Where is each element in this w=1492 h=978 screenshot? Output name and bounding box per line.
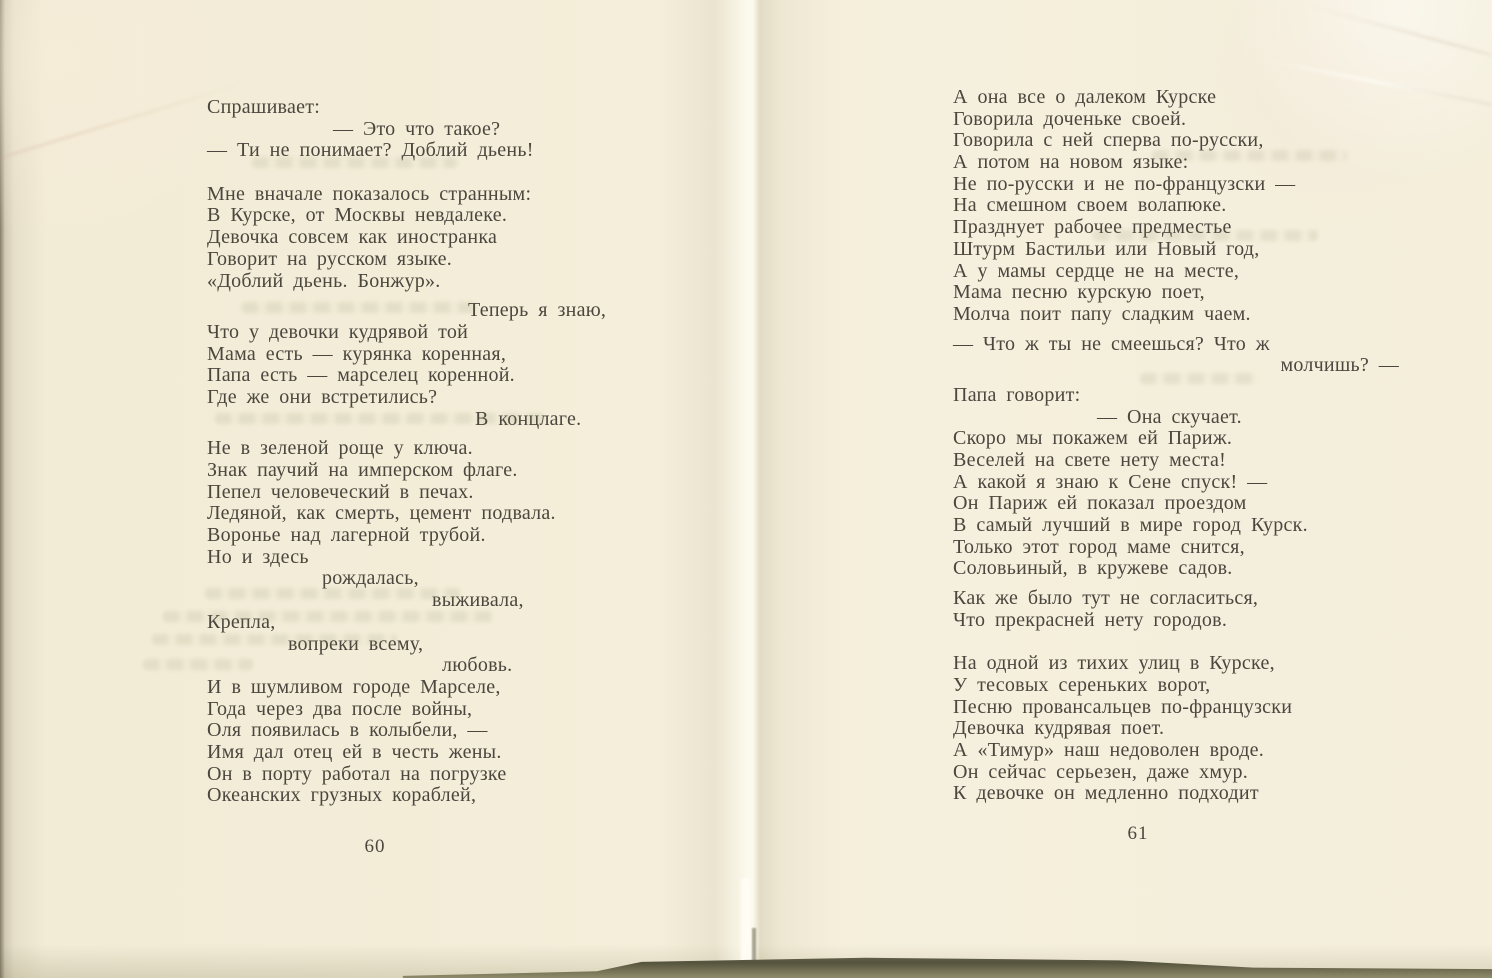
- page-number-left: 60: [355, 836, 395, 858]
- poem-line: «Доблий дьень. Бонжур».: [207, 271, 643, 293]
- poem-line: А какой я знаю к Сене спуск! —: [953, 472, 1399, 494]
- showthrough-smudge: [143, 659, 253, 670]
- poem-line: Девочка кудрявая поет.: [953, 718, 1399, 740]
- poem-line: Как же было тут не согласиться,: [953, 588, 1399, 610]
- showthrough-smudge: [205, 588, 460, 599]
- poem-line: Песню провансальцев по-французски: [953, 697, 1399, 719]
- poem-line: На одной из тихих улиц в Курске,: [953, 653, 1399, 675]
- poem-line: Знак паучий на имперском флаге.: [207, 460, 643, 482]
- showthrough-smudge: [152, 634, 397, 645]
- poem-line: Веселей на свете нету места!: [953, 450, 1399, 472]
- poem-line: Мама есть — курянка коренная,: [207, 344, 643, 366]
- gutter-page-edge-highlight: [741, 878, 751, 962]
- poem-line: На смешном своем волапюке.: [953, 195, 1399, 217]
- poem-line: А у мамы сердце не на месте,: [953, 261, 1399, 283]
- poem-line: В Курске, от Москвы невдалеке.: [207, 205, 643, 227]
- showthrough-smudge: [1140, 373, 1260, 384]
- poem-line: Не по-русски и не по-французски —: [953, 174, 1399, 196]
- poem-line: Имя дал отец ей в честь жены.: [207, 742, 643, 764]
- poem-line: рождалась,: [207, 568, 643, 590]
- poem-line: Говорила с ней сперва по-русски,: [953, 130, 1399, 152]
- poem-line: Молча поит папу сладким чаем.: [953, 304, 1399, 326]
- poem-line: — Это что такое?: [207, 119, 643, 141]
- poem-line: Только этот город маме снится,: [953, 537, 1399, 559]
- poem-line: Где же они встретились?: [207, 387, 643, 409]
- poem-line: Что у девочки кудрявой той: [207, 322, 643, 344]
- poem-line: Не в зеленой роще у ключа.: [207, 438, 643, 460]
- poem-line: А она все о далеком Курске: [953, 87, 1399, 109]
- poem-line: Пепел человеческий в печах.: [207, 482, 643, 504]
- poem-line: Папа есть — марселец коренной.: [207, 365, 643, 387]
- poem-text-right: А она все о далеком КурскеГоворила дочен…: [953, 87, 1399, 805]
- poem-line: В самый лучший в мире город Курск.: [953, 515, 1399, 537]
- showthrough-smudge: [1152, 150, 1347, 161]
- poem-line: К девочке он медленно подходит: [953, 783, 1399, 805]
- paper-crease-top-right-2: [1295, 1, 1492, 58]
- poem-line: Он в порту работал на погрузке: [207, 764, 643, 786]
- poem-line: Он Париж ей показал проездом: [953, 493, 1399, 515]
- poem-line: Говорит на русском языке.: [207, 249, 643, 271]
- poem-line: Океанских грузных кораблей,: [207, 785, 643, 807]
- poem-line: Оля появилась в колыбели, —: [207, 720, 643, 742]
- poem-line: Года через два после войны,: [207, 699, 643, 721]
- poem-line: любовь.: [207, 655, 643, 677]
- poem-line: Мне вначале показалось странным:: [207, 184, 643, 206]
- poem-line: Но и здесь: [207, 547, 643, 569]
- poem-line: Папа говорит:: [953, 385, 1399, 407]
- book-spread: Спрашивает:— Это что такое?— Ти не поним…: [0, 0, 1492, 978]
- poem-line: — Что ж ты не смеешься? Что ж: [953, 334, 1399, 356]
- showthrough-smudge: [163, 611, 493, 622]
- poem-line: — Она скучает.: [953, 407, 1399, 429]
- poem-line: А «Тимур» наш недоволен вроде.: [953, 740, 1399, 762]
- showthrough-smudge: [215, 413, 545, 424]
- poem-line: Он сейчас серьезен, даже хмур.: [953, 762, 1399, 784]
- poem-line: Девочка совсем как иностранка: [207, 227, 643, 249]
- showthrough-smudge: [252, 157, 457, 168]
- poem-line: Говорила доченьке своей.: [953, 109, 1399, 131]
- poem-line: Что прекрасней нету городов.: [953, 610, 1399, 632]
- page-number-right: 61: [1118, 823, 1158, 845]
- poem-line: Скоро мы покажем ей Париж.: [953, 428, 1399, 450]
- poem-line: Ледяной, как смерть, цемент подвала.: [207, 503, 643, 525]
- poem-line: Штурм Бастильи или Новый год,: [953, 239, 1399, 261]
- showthrough-smudge: [1093, 230, 1318, 241]
- poem-line: У тесовых сереньких ворот,: [953, 675, 1399, 697]
- poem-text-left: Спрашивает:— Это что такое?— Ти не поним…: [207, 97, 643, 807]
- showthrough-smudge: [242, 302, 477, 313]
- poem-line: Соловьиный, в кружеве садов.: [953, 558, 1399, 580]
- poem-line: Мама песню курскую поет,: [953, 282, 1399, 304]
- poem-line: Воронье над лагерной трубой.: [207, 525, 643, 547]
- poem-line: И в шумливом городе Марселе,: [207, 677, 643, 699]
- poem-line: Спрашивает:: [207, 97, 643, 119]
